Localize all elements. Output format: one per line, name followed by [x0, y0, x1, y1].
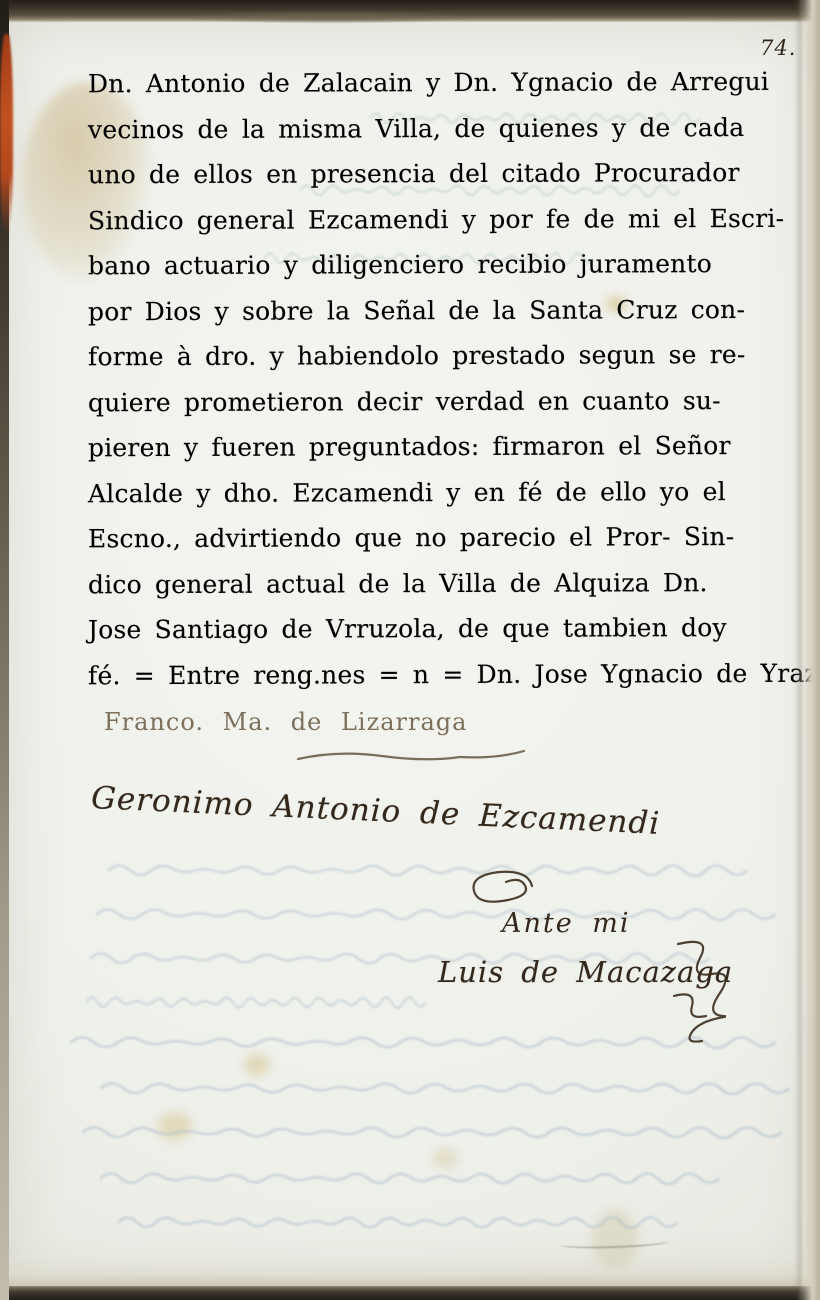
bleedthrough-line	[82, 1120, 782, 1144]
paper-stain	[244, 1054, 270, 1076]
bleedthrough-line	[108, 858, 748, 882]
page-edge-bottom	[0, 1286, 820, 1300]
manuscript-line: Sindico general Ezcamendi y por fe de mi…	[88, 195, 814, 243]
bleedthrough-line	[100, 1166, 720, 1190]
manuscript-line: por Dios y sobre la Señal de la Santa Cr…	[88, 286, 814, 334]
page-number: 74.	[760, 36, 796, 60]
manuscript-line: quiere prometieron decir verdad en cuant…	[88, 377, 814, 425]
page-edge-right	[798, 0, 820, 1300]
signature-underline-flourish-icon	[296, 748, 536, 766]
red-edge-stain	[0, 34, 13, 234]
bleedthrough-line	[86, 990, 426, 1014]
paper-stain	[432, 1148, 458, 1168]
manuscript-line: dico general actual de la Villa de Alqui…	[88, 559, 814, 607]
manuscript-line: vecinos de la misma Villa, de quienes y …	[88, 104, 814, 152]
attestation-label: Ante mi	[502, 908, 631, 939]
manuscript-line: fé. = Entre reng.nes = n = Dn. Jose Ygna…	[88, 650, 814, 698]
manuscript-line: bano actuario y diligenciero recibio jur…	[88, 241, 814, 289]
notary-rubric-icon	[648, 938, 726, 1043]
manuscript-line: Jose Santiago de Vrruzola, de que tambie…	[88, 605, 814, 653]
manuscript-text: Dn. Antonio de Zalacain y Dn. Ygnacio de…	[88, 60, 814, 697]
manuscript-line: Escno., advirtiendo que no parecio el Pr…	[88, 514, 814, 562]
manuscript-line: pieren y fueren preguntados: firmaron el…	[88, 423, 814, 471]
manuscript-line: Dn. Antonio de Zalacain y Dn. Ygnacio de…	[88, 59, 814, 107]
interlineation-signature: Franco. Ma. de Lizarraga	[104, 708, 467, 736]
manuscript-line: Alcalde y dho. Ezcamendi y en fé de ello…	[88, 468, 814, 516]
page-edge-top	[0, 0, 820, 22]
manuscript-line: uno de ellos en presencia del citado Pro…	[88, 150, 814, 198]
manuscript-scan: 74. Dn. Antonio de Zalacain y Dn. Ygnaci…	[0, 0, 820, 1300]
page-edge-bottom-shadow	[0, 1258, 820, 1288]
bleedthrough-line	[100, 1076, 790, 1100]
bleedthrough-line	[96, 902, 776, 926]
manuscript-line: forme à dro. y habiendolo prestado segun…	[88, 332, 814, 380]
bleedthrough-line	[118, 1210, 678, 1234]
